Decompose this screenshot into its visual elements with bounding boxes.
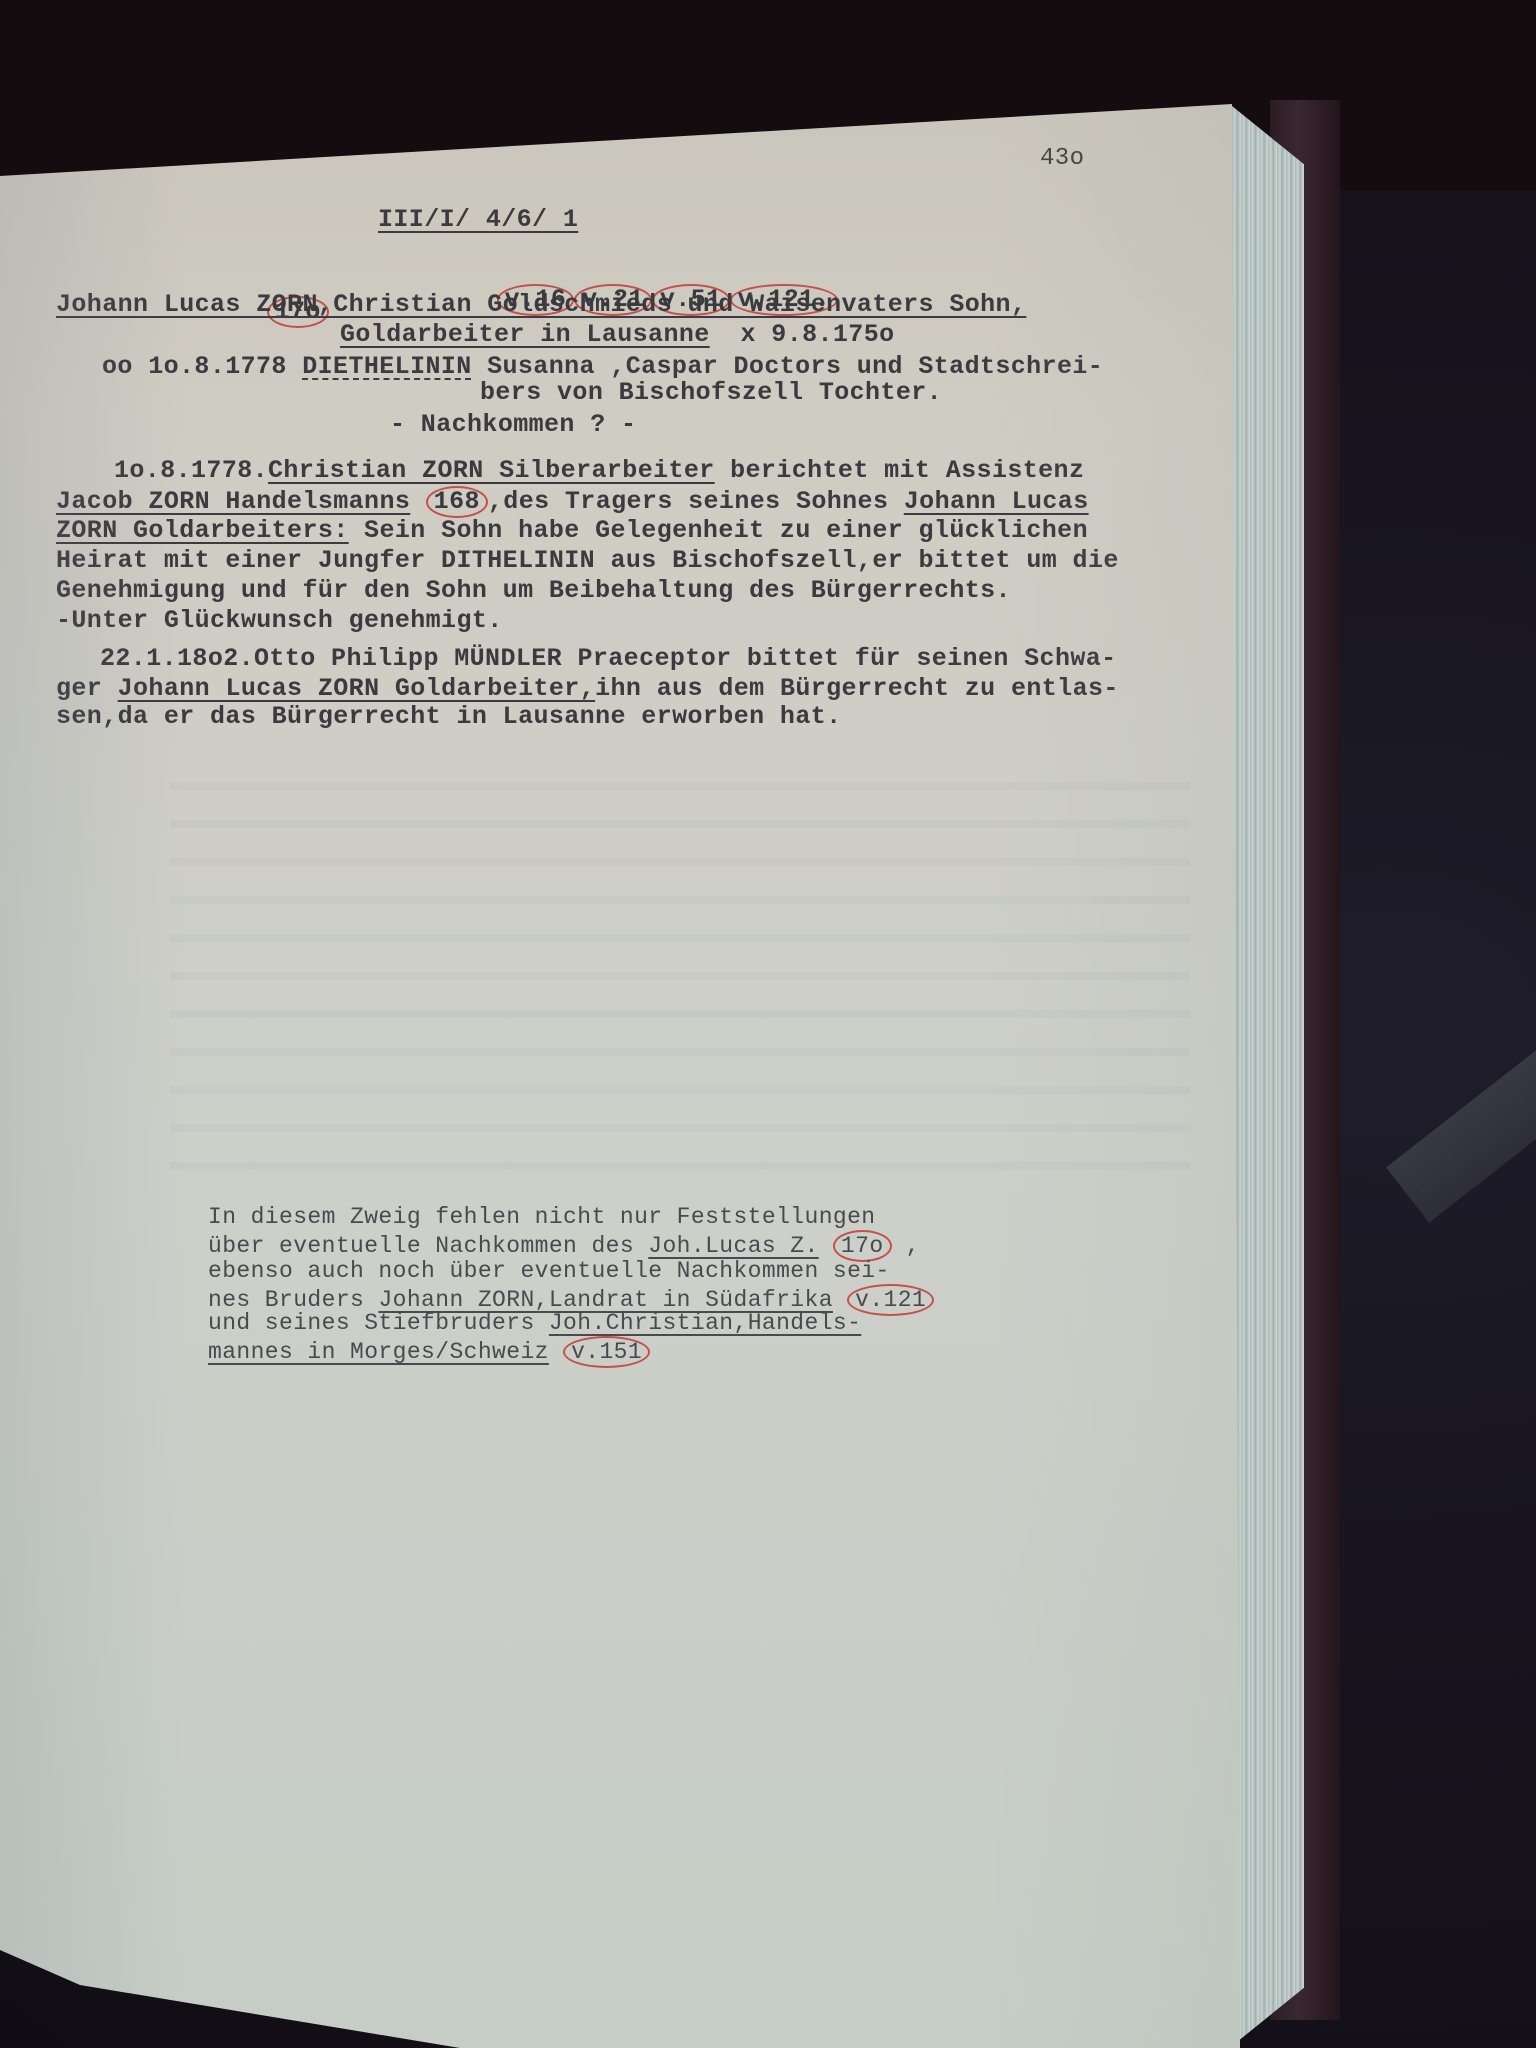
note-l2-person: Joh.Lucas Z.	[648, 1233, 818, 1259]
p1-text1: berichtet mit Assistenz	[715, 456, 1085, 485]
birth-date: x 9.8.175o	[740, 320, 894, 349]
note-line3: ebenso auch noch über eventuelle Nachkom…	[208, 1258, 890, 1284]
spouse-details: Susanna ,Caspar Doctors und Stadtschrei-	[472, 352, 1104, 381]
note-l4-ref: v.121	[847, 1284, 934, 1316]
p1-person3b: ZORN Goldarbeiters:	[56, 516, 349, 545]
paragraph1-line6: -Unter Glückwunsch genehmigt.	[56, 606, 503, 636]
entry-number-annotation: 17o	[205, 266, 329, 358]
note-line5: und seines Stiefbruders Joh.Christian,Ha…	[208, 1310, 861, 1336]
header-line-2: Goldarbeiter in Lausanne x 9.8.175o	[340, 320, 895, 350]
reference-3: v.51	[652, 284, 730, 316]
note-l4-prefix: nes Bruders	[208, 1287, 378, 1313]
bleed-through-text	[170, 760, 1190, 1180]
paragraph1-line1: 1o.8.1778.Christian ZORN Silberarbeiter …	[114, 456, 1084, 486]
p1-text2: ,des Tragers seines Sohnes	[488, 487, 904, 516]
paragraph1-line5: Genehmigung und für den Sohn um Beibehal…	[56, 576, 1011, 606]
note-line2: über eventuelle Nachkommen des Joh.Lucas…	[208, 1230, 920, 1262]
p1-ref: 168	[426, 486, 488, 518]
page-edges	[1232, 106, 1304, 2046]
descendants-note: - Nachkommen ? -	[390, 410, 636, 440]
paragraph1-line4: Heirat mit einer Jungfer DITHELININ aus …	[56, 546, 1119, 576]
reference-4: v.121.	[730, 284, 838, 316]
paragraph1-line2: Jacob ZORN Handelsmanns 168,des Tragers …	[56, 486, 1089, 518]
section-code: III/I/ 4/6/ 1	[378, 205, 578, 235]
marriage-line: oo 1o.8.1778 DIETHELININ Susanna ,Caspar…	[102, 352, 1103, 382]
p1-person3a: Johann Lucas	[904, 487, 1089, 516]
marriage-date: oo 1o.8.1778	[102, 352, 287, 381]
spouse-surname: DIETHELININ	[302, 352, 471, 381]
note-l4-person: Johann ZORN,Landrat in Südafrika	[378, 1287, 832, 1313]
note-l6-ref: v.151	[563, 1336, 650, 1368]
book-page: 43o III/I/ 4/6/ 1 17o v.16v.21v.51v.121.…	[0, 0, 1240, 2048]
entry-number: 17o	[267, 296, 329, 328]
p2-prefix: ger	[56, 674, 118, 703]
reference-1: v.16	[497, 284, 575, 316]
paragraph1-line3: ZORN Goldarbeiters: Sein Sohn habe Geleg…	[56, 516, 1088, 546]
note-l5-prefix: und seines Stiefbruders	[208, 1310, 549, 1336]
reference-annotations: v.16v.21v.51v.121.	[435, 254, 838, 346]
p1-person2: Jacob ZORN Handelsmanns	[56, 487, 410, 516]
p2-rest: ihn aus dem Bürgerrecht zu entlas-	[595, 674, 1119, 703]
note-l2-prefix: über eventuelle Nachkommen des	[208, 1233, 648, 1259]
header-line-1: Johann Lucas ZORN,Christian Goldschmieds…	[56, 290, 1026, 320]
paragraph2-line2: ger Johann Lucas ZORN Goldarbeiter,ihn a…	[56, 674, 1119, 704]
p1-person1: Christian ZORN Silberarbeiter	[268, 456, 715, 485]
note-line4: nes Bruders Johann ZORN,Landrat in Südaf…	[208, 1284, 934, 1316]
note-l5-person: Joh.Christian,Handels-	[549, 1310, 861, 1336]
page-number: 43o	[1040, 144, 1084, 174]
reference-2: v.21	[574, 284, 652, 316]
note-l6-person: mannes in Morges/Schweiz	[208, 1339, 549, 1365]
occupation: Goldarbeiter in Lausanne	[340, 320, 710, 349]
marriage-line-2: bers von Bischofszell Tochter.	[480, 378, 942, 408]
paragraph2-line3: sen,da er das Bürgerrecht in Lausanne er…	[56, 702, 842, 732]
p2-person: Johann Lucas ZORN Goldarbeiter,	[118, 674, 595, 703]
note-l2-suffix: ,	[892, 1233, 920, 1259]
p1-date: 1o.8.1778.	[114, 456, 268, 485]
bookmark-strap	[1386, 1007, 1536, 1222]
paragraph2-line1: 22.1.18o2.Otto Philipp MÜNDLER Praecepto…	[100, 644, 1117, 674]
note-l2-ref: 17o	[833, 1230, 892, 1262]
note-line6: mannes in Morges/Schweiz v.151	[208, 1336, 650, 1368]
p1-text3: Sein Sohn habe Gelegenheit zu einer glüc…	[349, 516, 1088, 545]
note-line1: In diesem Zweig fehlen nicht nur Festste…	[208, 1204, 876, 1230]
